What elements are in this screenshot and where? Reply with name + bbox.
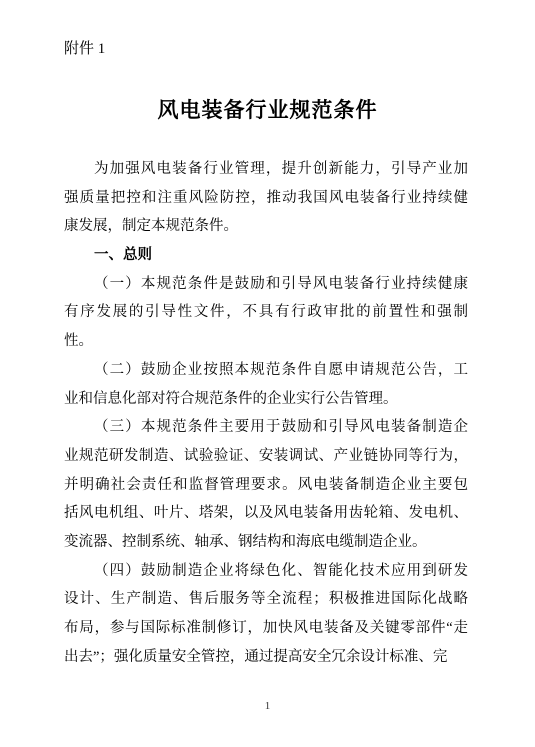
text-line: 强质量把控和注重风险防控，推动我国风电装备行业持续健 (64, 184, 468, 213)
text-line: （一）本规范条件是鼓励和引导风电装备行业持续健康 (64, 270, 468, 299)
text-line: 括风电机组、叶片、塔架，以及风电装备用齿轮箱、发电机、 (64, 499, 468, 528)
page-number: 1 (0, 700, 535, 712)
text-line: 出去”；强化质量安全管控，通过提高安全冗余设计标准、完 (64, 643, 468, 672)
text-line: 为加强风电装备行业管理，提升创新能力，引导产业加 (64, 155, 468, 184)
section-heading: 一、总则 (64, 241, 468, 270)
document-title: 风电装备行业规范条件 (0, 94, 535, 124)
text-line: 性。 (64, 327, 468, 356)
text-line: （四）鼓励制造企业将绿色化、智能化技术应用到研发 (64, 557, 468, 586)
text-line: 变流器、控制系统、轴承、钢结构和海底电缆制造企业。 (64, 528, 468, 557)
text-line: 设计、生产制造、售后服务等全流程；积极推进国际化战略 (64, 585, 468, 614)
text-line: 业和信息化部对符合规范条件的企业实行公告管理。 (64, 385, 468, 414)
attachment-label: 附件 1 (64, 40, 105, 58)
document-page: 附件 1 风电装备行业规范条件 为加强风电装备行业管理，提升创新能力，引导产业加… (0, 0, 535, 747)
text-line: 业规范研发制造、试验验证、安装调试、产业链协同等行为， (64, 442, 468, 471)
text-line: （二）鼓励企业按照本规范条件自愿申请规范公告，工 (64, 356, 468, 385)
text-line: 布局，参与国际标准制修订，加快风电装备及关键零部件“走 (64, 614, 468, 643)
text-line: 有序发展的引导性文件，不具有行政审批的前置性和强制 (64, 298, 468, 327)
document-body: 为加强风电装备行业管理，提升创新能力，引导产业加强质量把控和注重风险防控，推动我… (64, 155, 468, 671)
text-line: （三）本规范条件主要用于鼓励和引导风电装备制造企 (64, 413, 468, 442)
text-line: 康发展，制定本规范条件。 (64, 212, 468, 241)
text-line: 并明确社会责任和监督管理要求。风电装备制造企业主要包 (64, 471, 468, 500)
